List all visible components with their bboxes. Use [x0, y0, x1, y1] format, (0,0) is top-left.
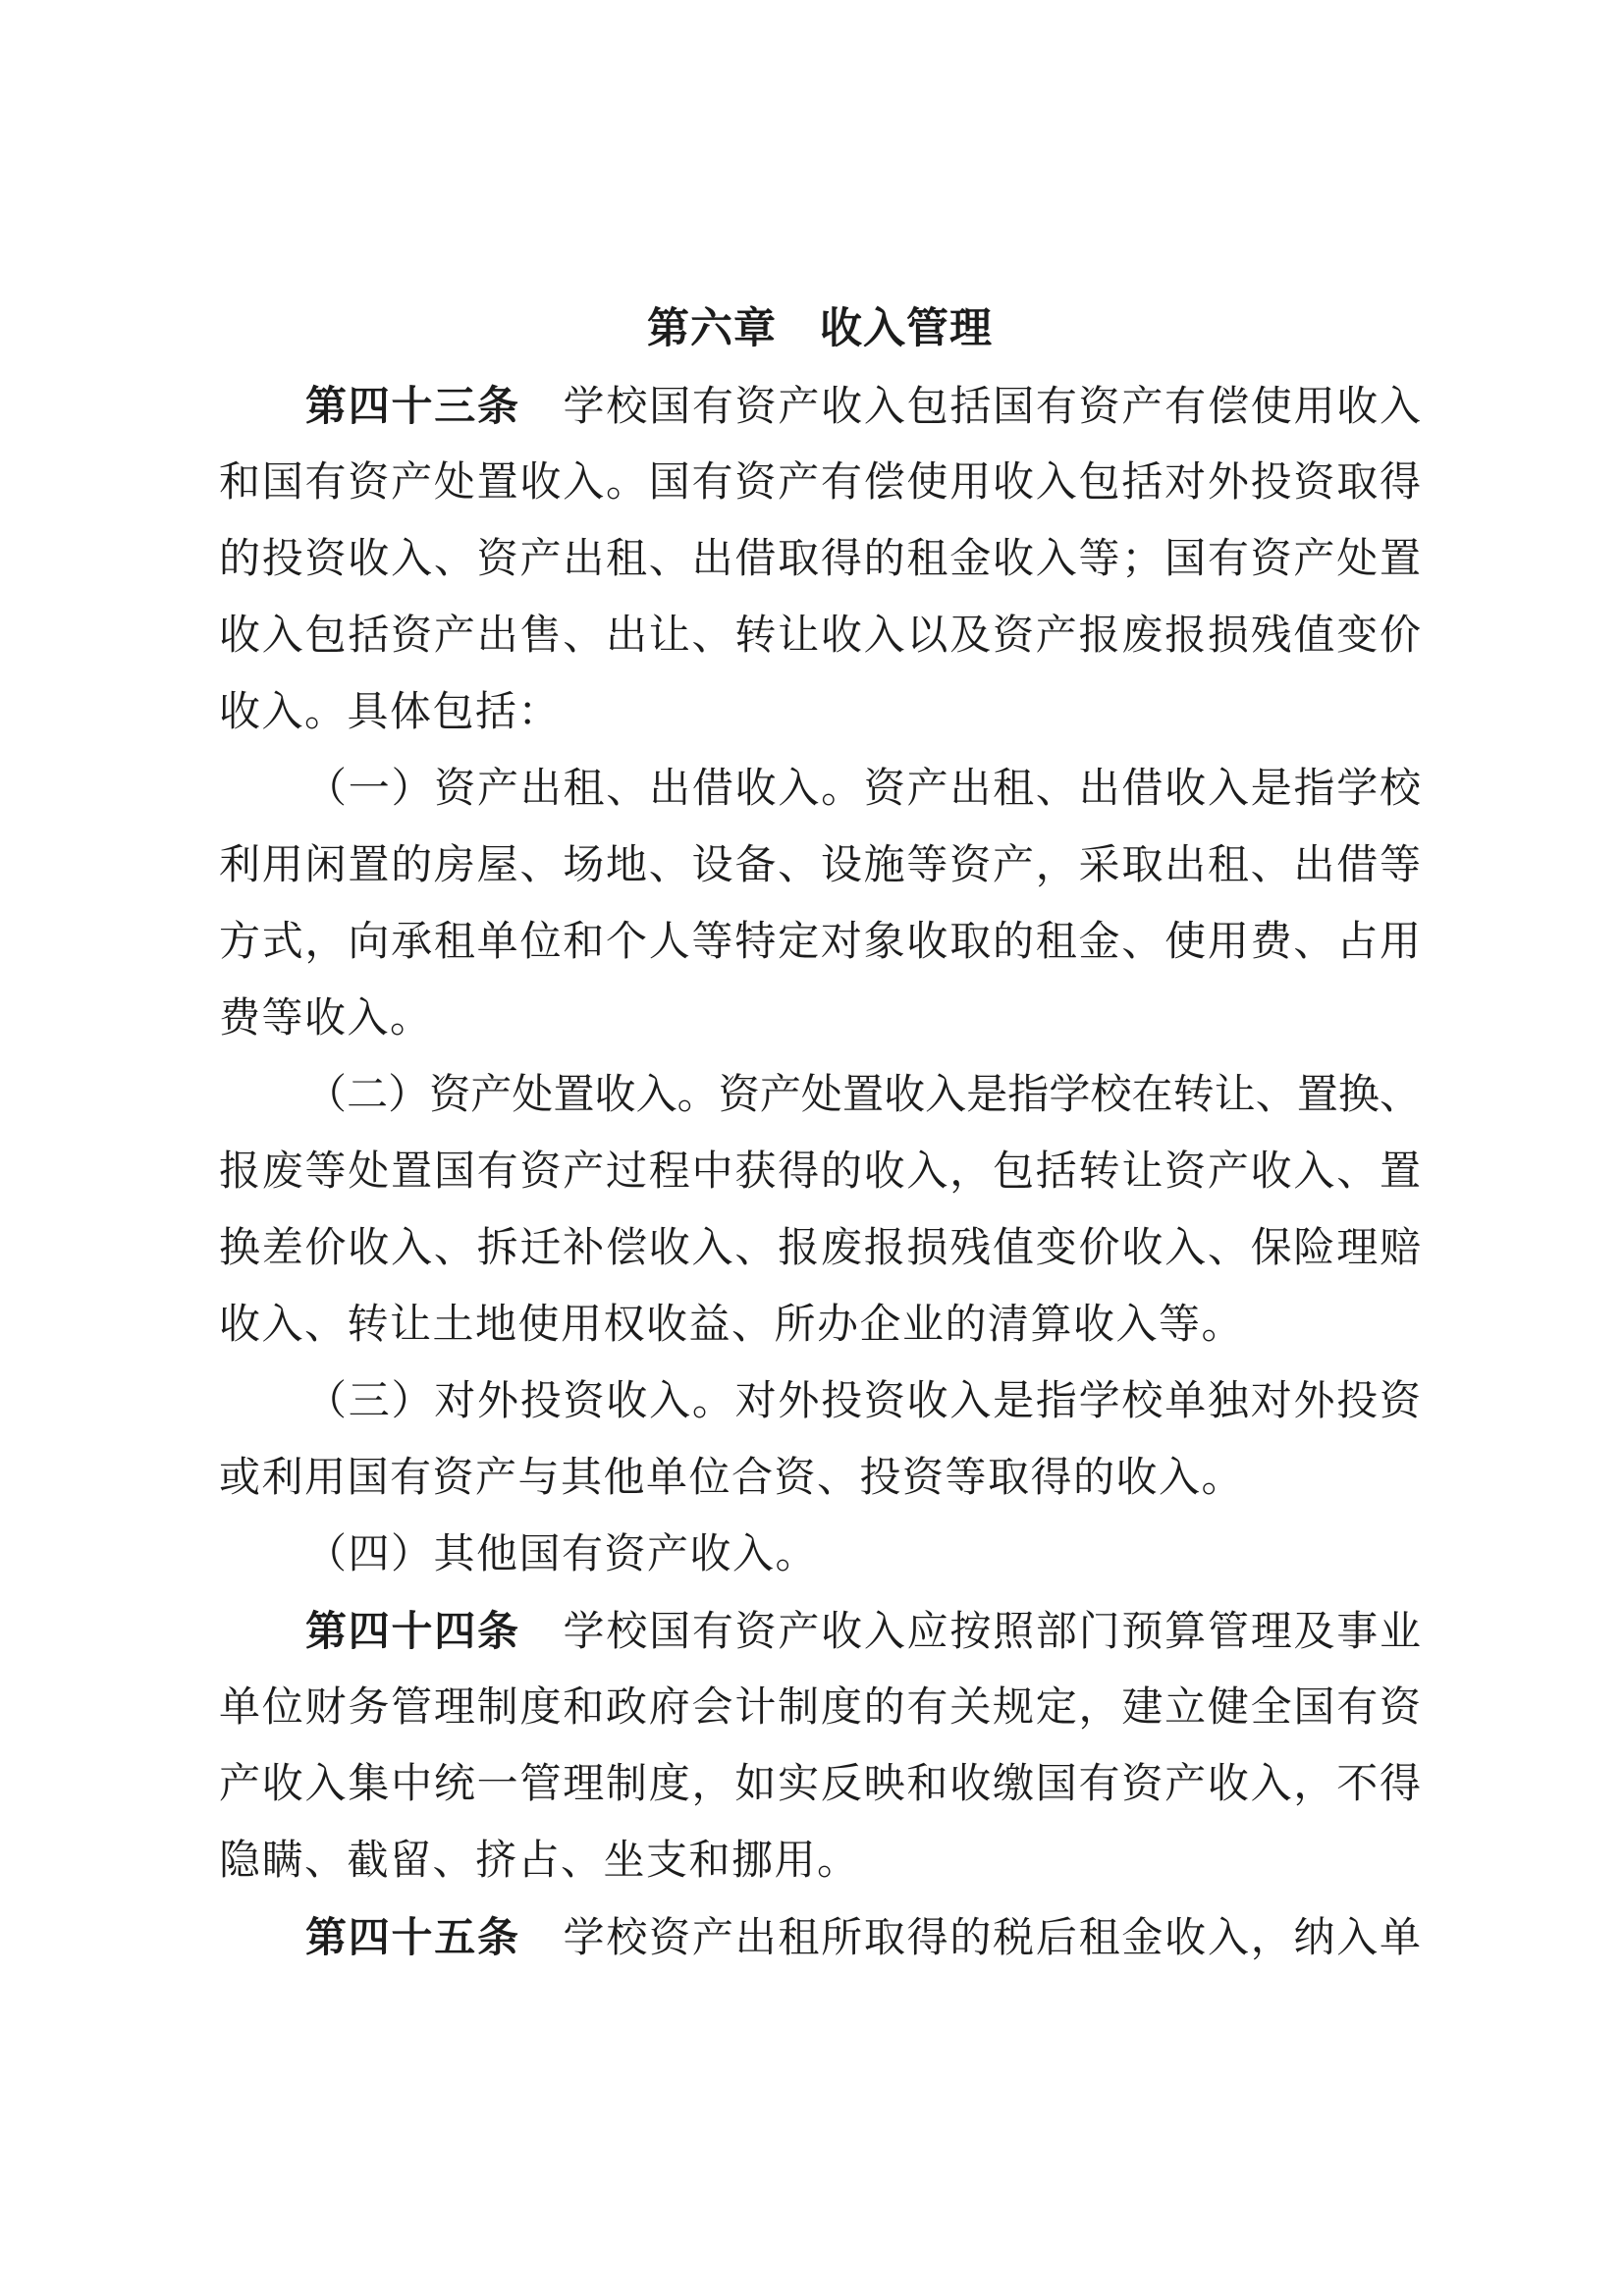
- text-line: 收入包括资产出售、出让、转让收入以及资产报废报损残值变价: [219, 598, 1421, 674]
- document-page: 第六章 收入管理 第四十三条 学校国有资产收入包括国有资产有偿使用收入和国有资产…: [0, 0, 1624, 2296]
- text-line: 的投资收入、资产出租、出借取得的租金收入等；国有资产处置: [219, 521, 1421, 598]
- document-content: 第六章 收入管理 第四十三条 学校国有资产收入包括国有资产有偿使用收入和国有资产…: [219, 290, 1421, 1976]
- chapter-title: 第六章 收入管理: [219, 290, 1421, 368]
- text-line: 收入。具体包括：: [219, 674, 1421, 751]
- article-line: 第四十五条 学校资产出租所取得的税后租金收入，纳入单: [219, 1899, 1421, 1976]
- text-line: 产收入集中统一管理制度，如实反映和收缴国有资产收入，不得: [219, 1746, 1421, 1823]
- text-line: （二）资产处置收入。资产处置收入是指学校在转让、置换、: [219, 1057, 1421, 1134]
- article-line: 第四十四条 学校国有资产收入应按照部门预算管理及事业: [219, 1593, 1421, 1670]
- article-line: 第四十三条 学校国有资产收入包括国有资产有偿使用收入: [219, 368, 1421, 445]
- article-number: 第四十四条: [305, 1608, 520, 1654]
- article-number: 第四十五条: [305, 1914, 520, 1960]
- text-line: 或利用国有资产与其他单位合资、投资等取得的收入。: [219, 1440, 1421, 1517]
- article-number: 第四十三条: [305, 383, 520, 429]
- text-line: （三）对外投资收入。对外投资收入是指学校单独对外投资: [219, 1363, 1421, 1440]
- text-line: 费等收入。: [219, 981, 1421, 1057]
- text-line: 和国有资产处置收入。国有资产有偿使用收入包括对外投资取得: [219, 445, 1421, 521]
- text-line: 隐瞒、截留、挤占、坐支和挪用。: [219, 1823, 1421, 1899]
- text-line: 利用闲置的房屋、场地、设备、设施等资产，采取出租、出借等: [219, 828, 1421, 904]
- text-line: （四）其他国有资产收入。: [219, 1517, 1421, 1593]
- document-body: 第四十三条 学校国有资产收入包括国有资产有偿使用收入和国有资产处置收入。国有资产…: [219, 368, 1421, 1976]
- text-line: 收入、转让土地使用权收益、所办企业的清算收入等。: [219, 1287, 1421, 1363]
- text-line: 换差价收入、拆迁补偿收入、报废报损残值变价收入、保险理赔: [219, 1210, 1421, 1287]
- text-line: 报废等处置国有资产过程中获得的收入，包括转让资产收入、置: [219, 1134, 1421, 1210]
- text-line: （一）资产出租、出借收入。资产出租、出借收入是指学校: [219, 751, 1421, 828]
- text-line: 单位财务管理制度和政府会计制度的有关规定，建立健全国有资: [219, 1670, 1421, 1746]
- text-line: 方式，向承租单位和个人等特定对象收取的租金、使用费、占用: [219, 904, 1421, 981]
